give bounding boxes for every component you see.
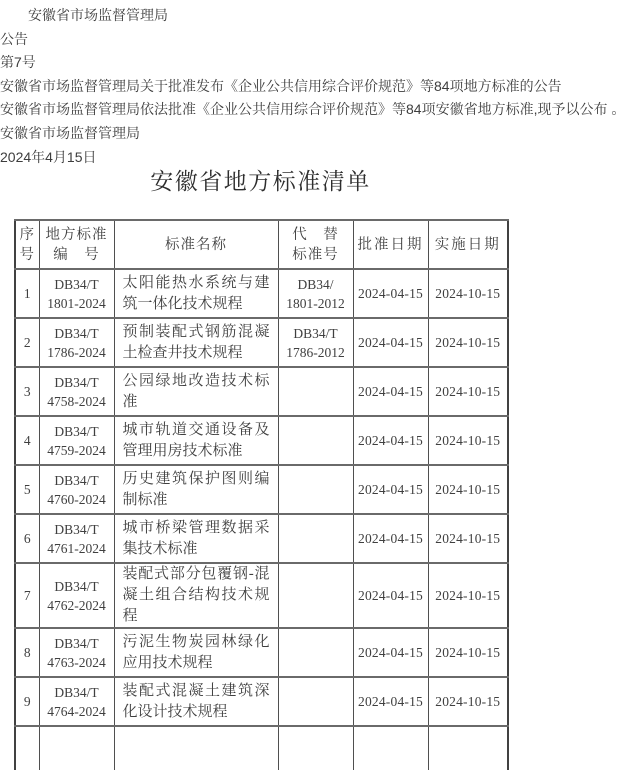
standard-code-cell: DB34/T4761-2024 — [39, 514, 114, 563]
announcement-subject: 安徽省市场监督管理局关于批准发布《企业公共信用综合评价规范》等84项地方标准的公… — [0, 75, 620, 99]
implementation-date-cell: 2024-10-15 — [428, 563, 508, 628]
replaced-code-cell — [278, 677, 353, 726]
table-row-empty — [15, 726, 508, 770]
row-number-cell: 3 — [15, 367, 39, 416]
table-row: 9 DB34/T4764-2024 装配式混凝土建筑深化设计技术规程 2024-… — [15, 677, 508, 726]
implementation-date-cell: 2024-10-15 — [428, 269, 508, 318]
replaced-code-cell — [278, 628, 353, 677]
standard-name-cell: 城市轨道交通设备及管理用房技术标准 — [114, 416, 278, 465]
doc-number: 第7号 — [0, 51, 620, 75]
standard-code-cell: DB34/T4764-2024 — [39, 677, 114, 726]
standards-table: 序号 地方标准编 号 标准名称 代 替标准号 批准日期 实施日期 1 DB34/… — [14, 219, 509, 770]
standard-code-cell: DB34/T1801-2024 — [39, 269, 114, 318]
standard-code-cell: DB34/T1786-2024 — [39, 318, 114, 367]
row-number-cell: 4 — [15, 416, 39, 465]
row-number-cell: 1 — [15, 269, 39, 318]
header-implementation-date: 实施日期 — [428, 220, 508, 269]
header-approval-date: 批准日期 — [353, 220, 428, 269]
implementation-date-cell: 2024-10-15 — [428, 367, 508, 416]
standard-code-cell: DB34/T4760-2024 — [39, 465, 114, 514]
approval-date-cell: 2024-04-15 — [353, 269, 428, 318]
header-standard-name: 标准名称 — [114, 220, 278, 269]
replaced-code-cell — [278, 367, 353, 416]
implementation-date-cell: 2024-10-15 — [428, 318, 508, 367]
table-row: 6 DB34/T4761-2024 城市桥梁管理数据采集技术标准 2024-04… — [15, 514, 508, 563]
signature-authority: 安徽省市场监督管理局 — [0, 122, 620, 146]
issuing-authority: 安徽省市场监督管理局 — [0, 4, 620, 28]
table-row: 8 DB34/T4763-2024 污泥生物炭园林绿化应用技术规程 2024-0… — [15, 628, 508, 677]
replaced-code-cell — [278, 416, 353, 465]
table-row: 4 DB34/T4759-2024 城市轨道交通设备及管理用房技术标准 2024… — [15, 416, 508, 465]
standard-name-cell: 装配式部分包覆钢-混凝土组合结构技术规程 — [114, 563, 278, 628]
row-number-cell — [15, 726, 39, 770]
approval-date-cell — [353, 726, 428, 770]
row-number-cell: 8 — [15, 628, 39, 677]
standard-name-cell: 历史建筑保护图则编制标准 — [114, 465, 278, 514]
header-serial-number: 序号 — [15, 220, 39, 269]
approval-date-cell: 2024-04-15 — [353, 563, 428, 628]
implementation-date-cell: 2024-10-15 — [428, 514, 508, 563]
table-row: 1 DB34/T1801-2024 太阳能热水系统与建筑一体化技术规程 DB34… — [15, 269, 508, 318]
row-number-cell: 7 — [15, 563, 39, 628]
standard-name-cell: 公园绿地改造技术标准 — [114, 367, 278, 416]
approval-date-cell: 2024-04-15 — [353, 416, 428, 465]
standard-name-cell: 污泥生物炭园林绿化应用技术规程 — [114, 628, 278, 677]
page-title: 安徽省地方标准清单 — [14, 163, 507, 196]
replaced-code-cell — [278, 514, 353, 563]
approval-date-cell: 2024-04-15 — [353, 628, 428, 677]
doc-type: 公告 — [0, 28, 620, 52]
implementation-date-cell: 2024-10-15 — [428, 628, 508, 677]
replaced-code-cell — [278, 465, 353, 514]
implementation-date-cell — [428, 726, 508, 770]
replaced-code-cell: DB34/1801-2012 — [278, 269, 353, 318]
standard-code-cell: DB34/T4758-2024 — [39, 367, 114, 416]
row-number-cell: 9 — [15, 677, 39, 726]
row-number-cell: 6 — [15, 514, 39, 563]
standard-name-cell: 预制装配式钢筋混凝土检查井技术规程 — [114, 318, 278, 367]
replaced-code-cell — [278, 726, 353, 770]
header-replaced-code: 代 替标准号 — [278, 220, 353, 269]
implementation-date-cell: 2024-10-15 — [428, 416, 508, 465]
standard-code-cell: DB34/T4759-2024 — [39, 416, 114, 465]
approval-date-cell: 2024-04-15 — [353, 514, 428, 563]
announcement-body: 安徽省市场监督管理局依法批准《企业公共信用综合评价规范》等84项安徽省地方标准,… — [0, 98, 620, 122]
table-row: 3 DB34/T4758-2024 公园绿地改造技术标准 2024-04-15 … — [15, 367, 508, 416]
replaced-code-cell — [278, 563, 353, 628]
announcement-page: { "colors": { "text": "#3d3d3d", "border… — [0, 0, 620, 770]
standard-name-cell: 装配式混凝土建筑深化设计技术规程 — [114, 677, 278, 726]
standard-code-cell: DB34/T4763-2024 — [39, 628, 114, 677]
replaced-code-cell: DB34/T1786-2012 — [278, 318, 353, 367]
approval-date-cell: 2024-04-15 — [353, 367, 428, 416]
standard-name-cell: 太阳能热水系统与建筑一体化技术规程 — [114, 269, 278, 318]
standard-name-cell — [114, 726, 278, 770]
row-number-cell: 2 — [15, 318, 39, 367]
implementation-date-cell: 2024-10-15 — [428, 465, 508, 514]
table-row: 7 DB34/T4762-2024 装配式部分包覆钢-混凝土组合结构技术规程 2… — [15, 563, 508, 628]
approval-date-cell: 2024-04-15 — [353, 465, 428, 514]
standard-code-cell: DB34/T4762-2024 — [39, 563, 114, 628]
header-standard-code: 地方标准编 号 — [39, 220, 114, 269]
approval-date-cell: 2024-04-15 — [353, 677, 428, 726]
standard-name-cell: 城市桥梁管理数据采集技术标准 — [114, 514, 278, 563]
approval-date-cell: 2024-04-15 — [353, 318, 428, 367]
row-number-cell: 5 — [15, 465, 39, 514]
implementation-date-cell: 2024-10-15 — [428, 677, 508, 726]
standard-code-cell — [39, 726, 114, 770]
table-header-row: 序号 地方标准编 号 标准名称 代 替标准号 批准日期 实施日期 — [15, 220, 508, 269]
table-row: 2 DB34/T1786-2024 预制装配式钢筋混凝土检查井技术规程 DB34… — [15, 318, 508, 367]
table-row: 5 DB34/T4760-2024 历史建筑保护图则编制标准 2024-04-1… — [15, 465, 508, 514]
announcement-header: 安徽省市场监督管理局 公告 第7号 安徽省市场监督管理局关于批准发布《企业公共信… — [0, 4, 620, 169]
